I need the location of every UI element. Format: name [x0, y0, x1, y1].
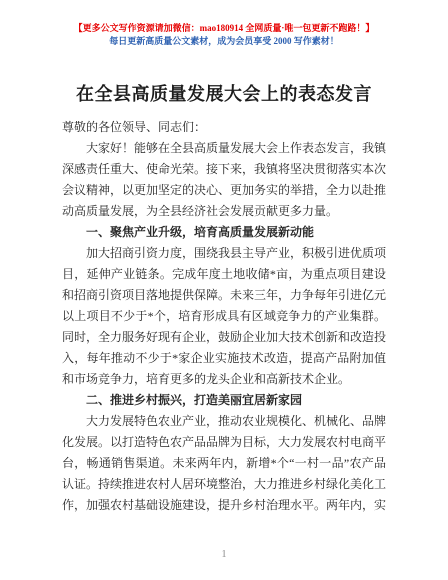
ad-header: 【更多公文写作资源请加微信：mao180914 全网质量·唯一包更新不跑路！】 … — [62, 22, 386, 47]
section-heading: 一、聚焦产业升级，培育高质量发展新动能 — [62, 222, 386, 243]
document-body: 尊敬的各位领导、同志们： 大家好！能够在全县高质量发展大会上作表态发言，我镇深感… — [62, 117, 386, 516]
body-paragraph: 加大招商引资力度，围绕我县主导产业，积极引进优质项目，延伸产业链条。完成年度土地… — [62, 243, 386, 390]
body-paragraph: 大力发展特色农业产业，推动农业规模化、机械化、品牌化发展。以打造特色农产品品牌为… — [62, 411, 386, 516]
ad-header-line-red: 【更多公文写作资源请加微信：mao180914 全网质量·唯一包更新不跑路！】 — [62, 22, 386, 34]
ad-header-line-blue: 每日更新高质量公文素材，成为会员享受 2000 写作素材！ — [62, 35, 386, 47]
document-page: 【更多公文写作资源请加微信：mao180914 全网质量·唯一包更新不跑路！】 … — [0, 0, 448, 580]
page-number: 1 — [0, 549, 448, 560]
body-paragraph: 大家好！能够在全县高质量发展大会上作表态发言，我镇深感责任重大、使命光荣。接下来… — [62, 138, 386, 222]
salutation: 尊敬的各位领导、同志们： — [62, 117, 386, 138]
paragraph-list: 大家好！能够在全县高质量发展大会上作表态发言，我镇深感责任重大、使命光荣。接下来… — [62, 138, 386, 516]
document-title: 在全县高质量发展大会上的表态发言 — [62, 83, 386, 105]
section-heading: 二、推进乡村振兴，打造美丽宜居新家园 — [62, 390, 386, 411]
